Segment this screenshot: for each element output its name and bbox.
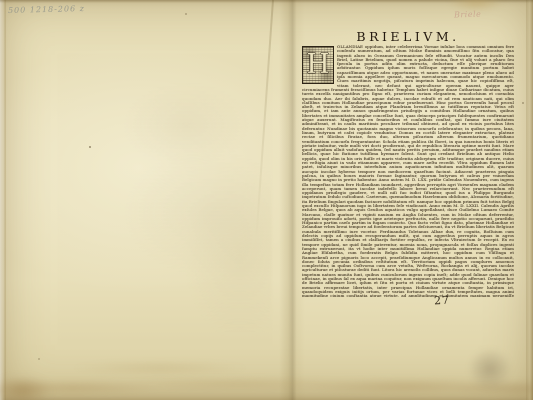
body-text-block: H OLLANDIAE oppidum, inter celeberrima V… bbox=[302, 45, 514, 297]
verso-showthrough bbox=[58, 52, 272, 344]
woodcut-drop-cap: H bbox=[302, 46, 334, 84]
drop-cap-letter: H bbox=[303, 48, 333, 82]
lower-left-stain-streak bbox=[70, 360, 250, 376]
pencil-shelfmark-annotation: 500 1218-206 z bbox=[8, 4, 85, 15]
page-number: 27 bbox=[427, 293, 458, 308]
bottom-stain-band bbox=[0, 372, 533, 398]
fox-speck bbox=[522, 102, 524, 104]
fox-speck bbox=[185, 13, 187, 15]
bottom-left-stain bbox=[0, 376, 52, 400]
right-blotch-stain bbox=[468, 348, 512, 390]
fox-speck bbox=[38, 358, 40, 360]
fore-edge bbox=[526, 0, 533, 400]
book-page-scan: 500 1218-206 z Briele BRIELIVM. H OLLAND… bbox=[0, 0, 533, 400]
fox-speck bbox=[89, 146, 91, 148]
left-paper-edge bbox=[0, 0, 6, 400]
page-title: BRIELIVM. bbox=[302, 29, 514, 44]
top-edge-shadow bbox=[0, 0, 533, 3]
red-ink-annotation: Briele bbox=[454, 10, 482, 20]
